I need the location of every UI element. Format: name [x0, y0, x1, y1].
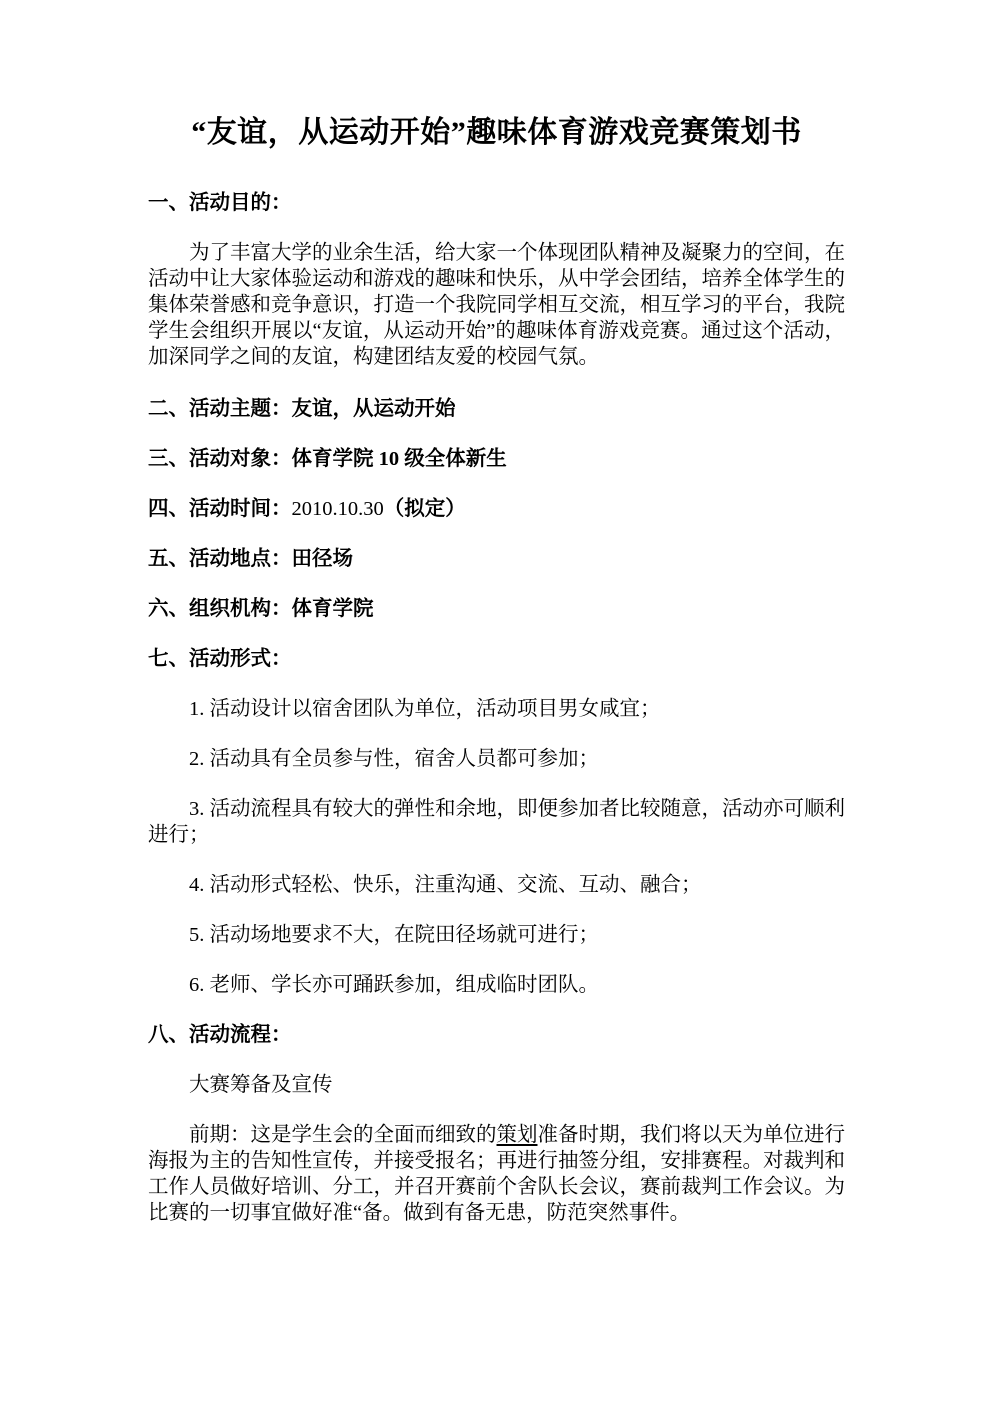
- organizer-value: 体育学院: [292, 598, 374, 620]
- target-value: 体育学院 10 级全体新生: [292, 448, 507, 470]
- section-line-time: 四、活动时间：2010.10.30（拟定）: [148, 496, 845, 522]
- location-value: 田径场: [292, 548, 354, 570]
- process-paragraph: 前期：这是学生会的全面而细致的策划准备时期，我们将以天为单位进行海报为主的告知性…: [148, 1122, 845, 1226]
- time-value: 2010.10.30: [292, 498, 384, 520]
- format-item-6: 6. 老师、学长亦可踊跃参加，组成临时团队。: [148, 972, 845, 998]
- section-line-location: 五、活动地点：田径场: [148, 546, 845, 572]
- process-paragraph-before: 前期：这是学生会的全面而细致的: [189, 1124, 497, 1146]
- format-item-5: 5. 活动场地要求不大，在院田径场就可进行；: [148, 922, 845, 948]
- section-heading-time: 四、活动时间：: [148, 498, 292, 520]
- section-heading-format: 七、活动形式：: [148, 646, 845, 672]
- section-heading-organizer: 六、组织机构：: [148, 598, 292, 620]
- format-item-1: 1. 活动设计以宿舍团队为单位，活动项目男女咸宜；: [148, 696, 845, 722]
- section-line-target: 三、活动对象：体育学院 10 级全体新生: [148, 446, 845, 472]
- section-heading-purpose: 一、活动目的：: [148, 190, 845, 216]
- document-title: “友谊，从运动开始”趣味体育游戏竞赛策划书: [148, 112, 845, 154]
- format-item-3: 3. 活动流程具有较大的弹性和余地，即便参加者比较随意，活动亦可顺利进行；: [148, 796, 845, 848]
- section-heading-location: 五、活动地点：: [148, 548, 292, 570]
- time-value-suffix: （拟定）: [384, 498, 466, 520]
- format-item-4: 4. 活动形式轻松、快乐，注重沟通、交流、互动、融合；: [148, 872, 845, 898]
- format-item-2: 2. 活动具有全员参与性，宿舍人员都可参加；: [148, 746, 845, 772]
- process-subheading: 大赛筹备及宣传: [148, 1072, 845, 1098]
- section-heading-process: 八、活动流程：: [148, 1022, 845, 1048]
- purpose-paragraph: 为了丰富大学的业余生活，给大家一个体现团队精神及凝聚力的空间，在活动中让大家体验…: [148, 240, 845, 370]
- section-line-theme: 二、活动主题：友谊，从运动开始: [148, 396, 845, 422]
- theme-value: 友谊，从运动开始: [292, 398, 456, 420]
- section-heading-theme: 二、活动主题：: [148, 398, 292, 420]
- document-page: “友谊，从运动开始”趣味体育游戏竞赛策划书 一、活动目的： 为了丰富大学的业余生…: [0, 0, 993, 1404]
- process-paragraph-underlined-word: 策划: [497, 1124, 538, 1146]
- section-line-organizer: 六、组织机构：体育学院: [148, 596, 845, 622]
- section-heading-target: 三、活动对象：: [148, 448, 292, 470]
